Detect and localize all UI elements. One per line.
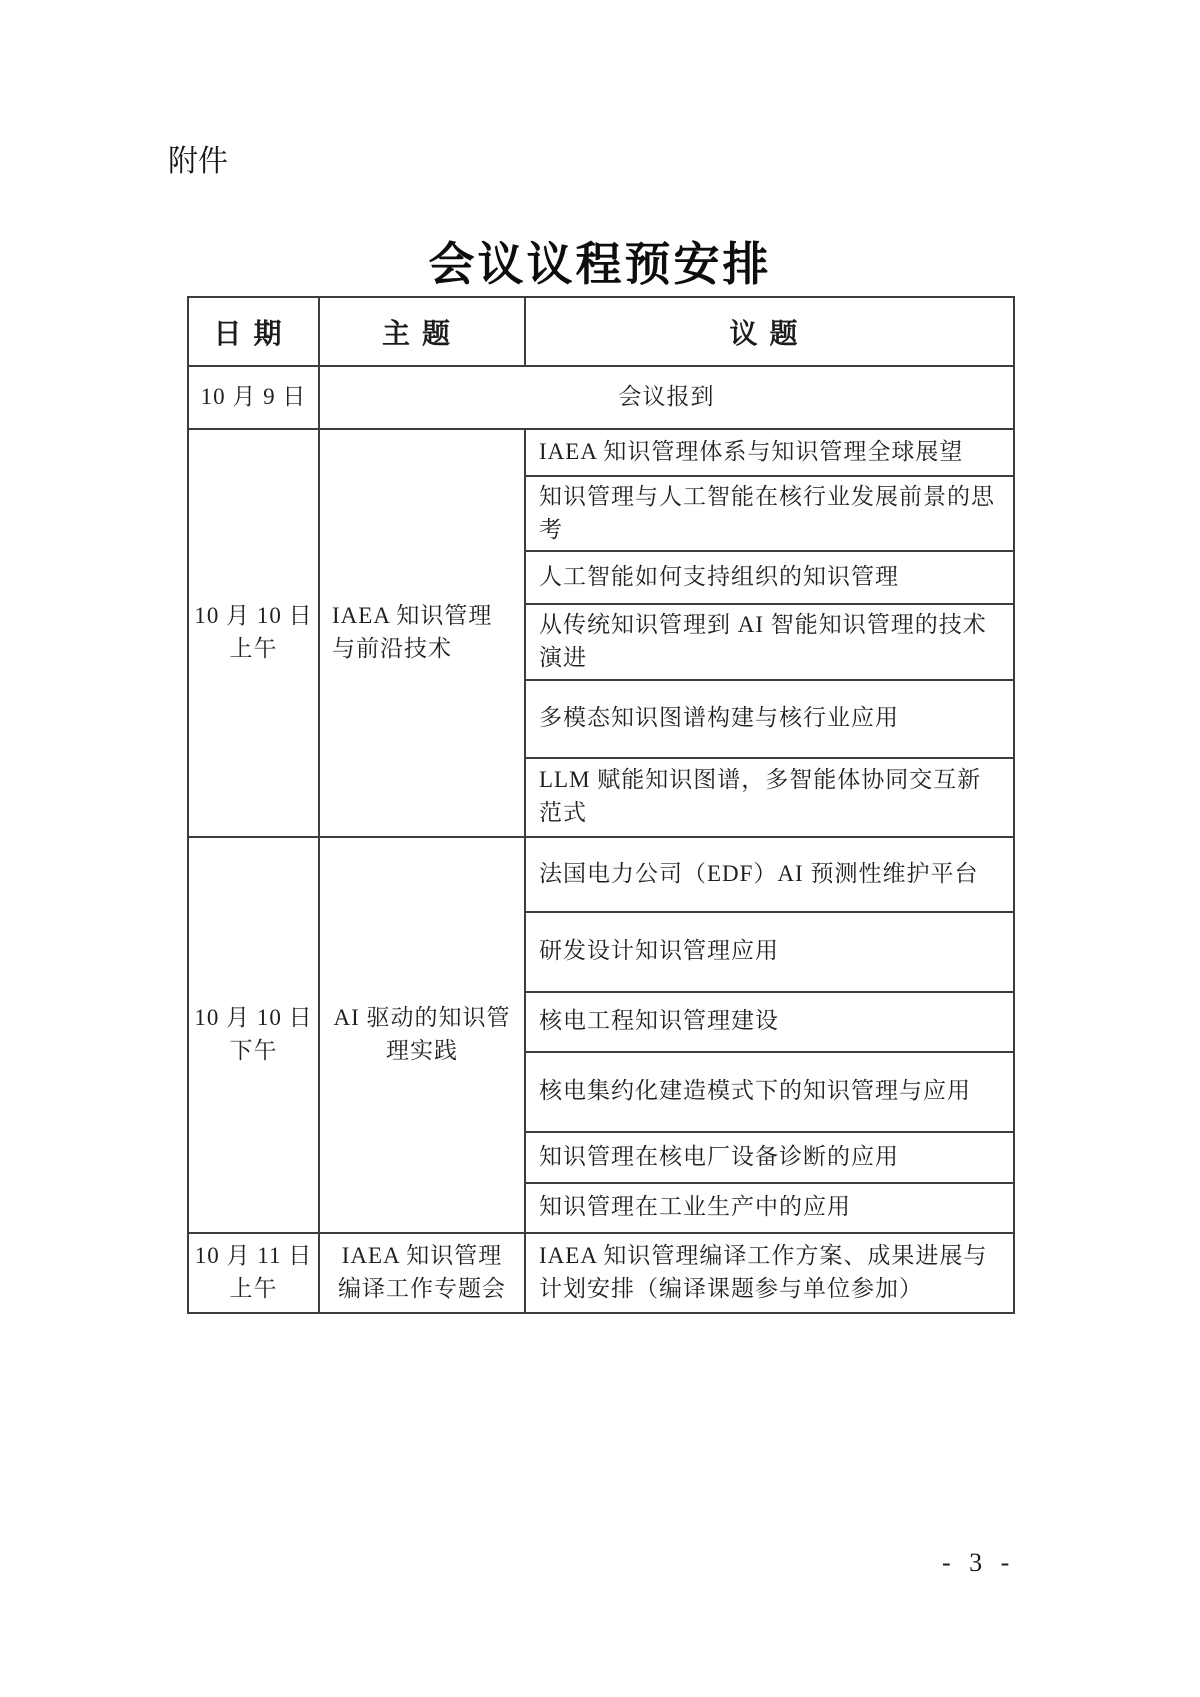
table-row-oct10pm: 10 月 10 日 下午 AI 驱动的知识管理实践 法国电力公司（EDF）AI … [188, 837, 1014, 912]
topic-cell: IAEA 知识管理编译工作方案、成果进展与计划安排（编译课题参与单位参加） [525, 1233, 1014, 1313]
date-line: 上午 [193, 1273, 314, 1306]
topic-cell: 核电集约化建造模式下的知识管理与应用 [525, 1052, 1014, 1132]
header-cell-topic: 议题 [525, 297, 1014, 366]
agenda-table: 日期 主题 议题 10 月 9 日 会议报到 10 月 10 日 上午 IAEA… [187, 296, 1015, 1314]
theme-cell: IAEA 知识管理与前沿技术 [319, 429, 525, 837]
document-page: 附件 会议议程预安排 日期 主题 议题 10 月 9 日 会议报到 10 月 1… [0, 0, 1200, 1697]
theme-cell: IAEA 知识管理编译工作专题会 [319, 1233, 525, 1313]
theme-cell: AI 驱动的知识管理实践 [319, 837, 525, 1233]
topic-cell: 多模态知识图谱构建与核行业应用 [525, 680, 1014, 758]
topic-cell: 研发设计知识管理应用 [525, 912, 1014, 992]
date-cell: 10 月 9 日 [188, 366, 319, 429]
date-line: 10 月 10 日 [193, 600, 314, 633]
date-cell: 10 月 11 日 上午 [188, 1233, 319, 1313]
topic-cell: 知识管理在核电厂设备诊断的应用 [525, 1132, 1014, 1183]
date-line: 10 月 11 日 [193, 1240, 314, 1273]
topic-cell: 核电工程知识管理建设 [525, 992, 1014, 1052]
table-row-oct9: 10 月 9 日 会议报到 [188, 366, 1014, 429]
topic-cell: 知识管理在工业生产中的应用 [525, 1183, 1014, 1233]
table-row-oct11am: 10 月 11 日 上午 IAEA 知识管理编译工作专题会 IAEA 知识管理编… [188, 1233, 1014, 1313]
date-line: 上午 [193, 633, 314, 666]
topic-cell: 从传统知识管理到 AI 智能知识管理的技术演进 [525, 604, 1014, 679]
date-cell: 10 月 10 日 下午 [188, 837, 319, 1233]
page-title: 会议议程预安排 [0, 228, 1200, 294]
attachment-label: 附件 [168, 136, 228, 180]
header-cell-theme: 主题 [319, 297, 525, 366]
topic-cell: 知识管理与人工智能在核行业发展前景的思考 [525, 476, 1014, 551]
topic-cell: LLM 赋能知识图谱，多智能体协同交互新范式 [525, 758, 1014, 837]
header-cell-date: 日期 [188, 297, 319, 366]
date-cell: 10 月 10 日 上午 [188, 429, 319, 837]
topic-cell-registration: 会议报到 [319, 366, 1014, 429]
topic-cell: IAEA 知识管理体系与知识管理全球展望 [525, 429, 1014, 476]
page-number: - 3 - [942, 1548, 1015, 1578]
table-row-oct10am: 10 月 10 日 上午 IAEA 知识管理与前沿技术 IAEA 知识管理体系与… [188, 429, 1014, 476]
topic-cell: 法国电力公司（EDF）AI 预测性维护平台 [525, 837, 1014, 912]
table-header-row: 日期 主题 议题 [188, 297, 1014, 366]
topic-cell: 人工智能如何支持组织的知识管理 [525, 551, 1014, 604]
date-line: 10 月 10 日 [193, 1002, 314, 1035]
date-line: 下午 [193, 1035, 314, 1068]
